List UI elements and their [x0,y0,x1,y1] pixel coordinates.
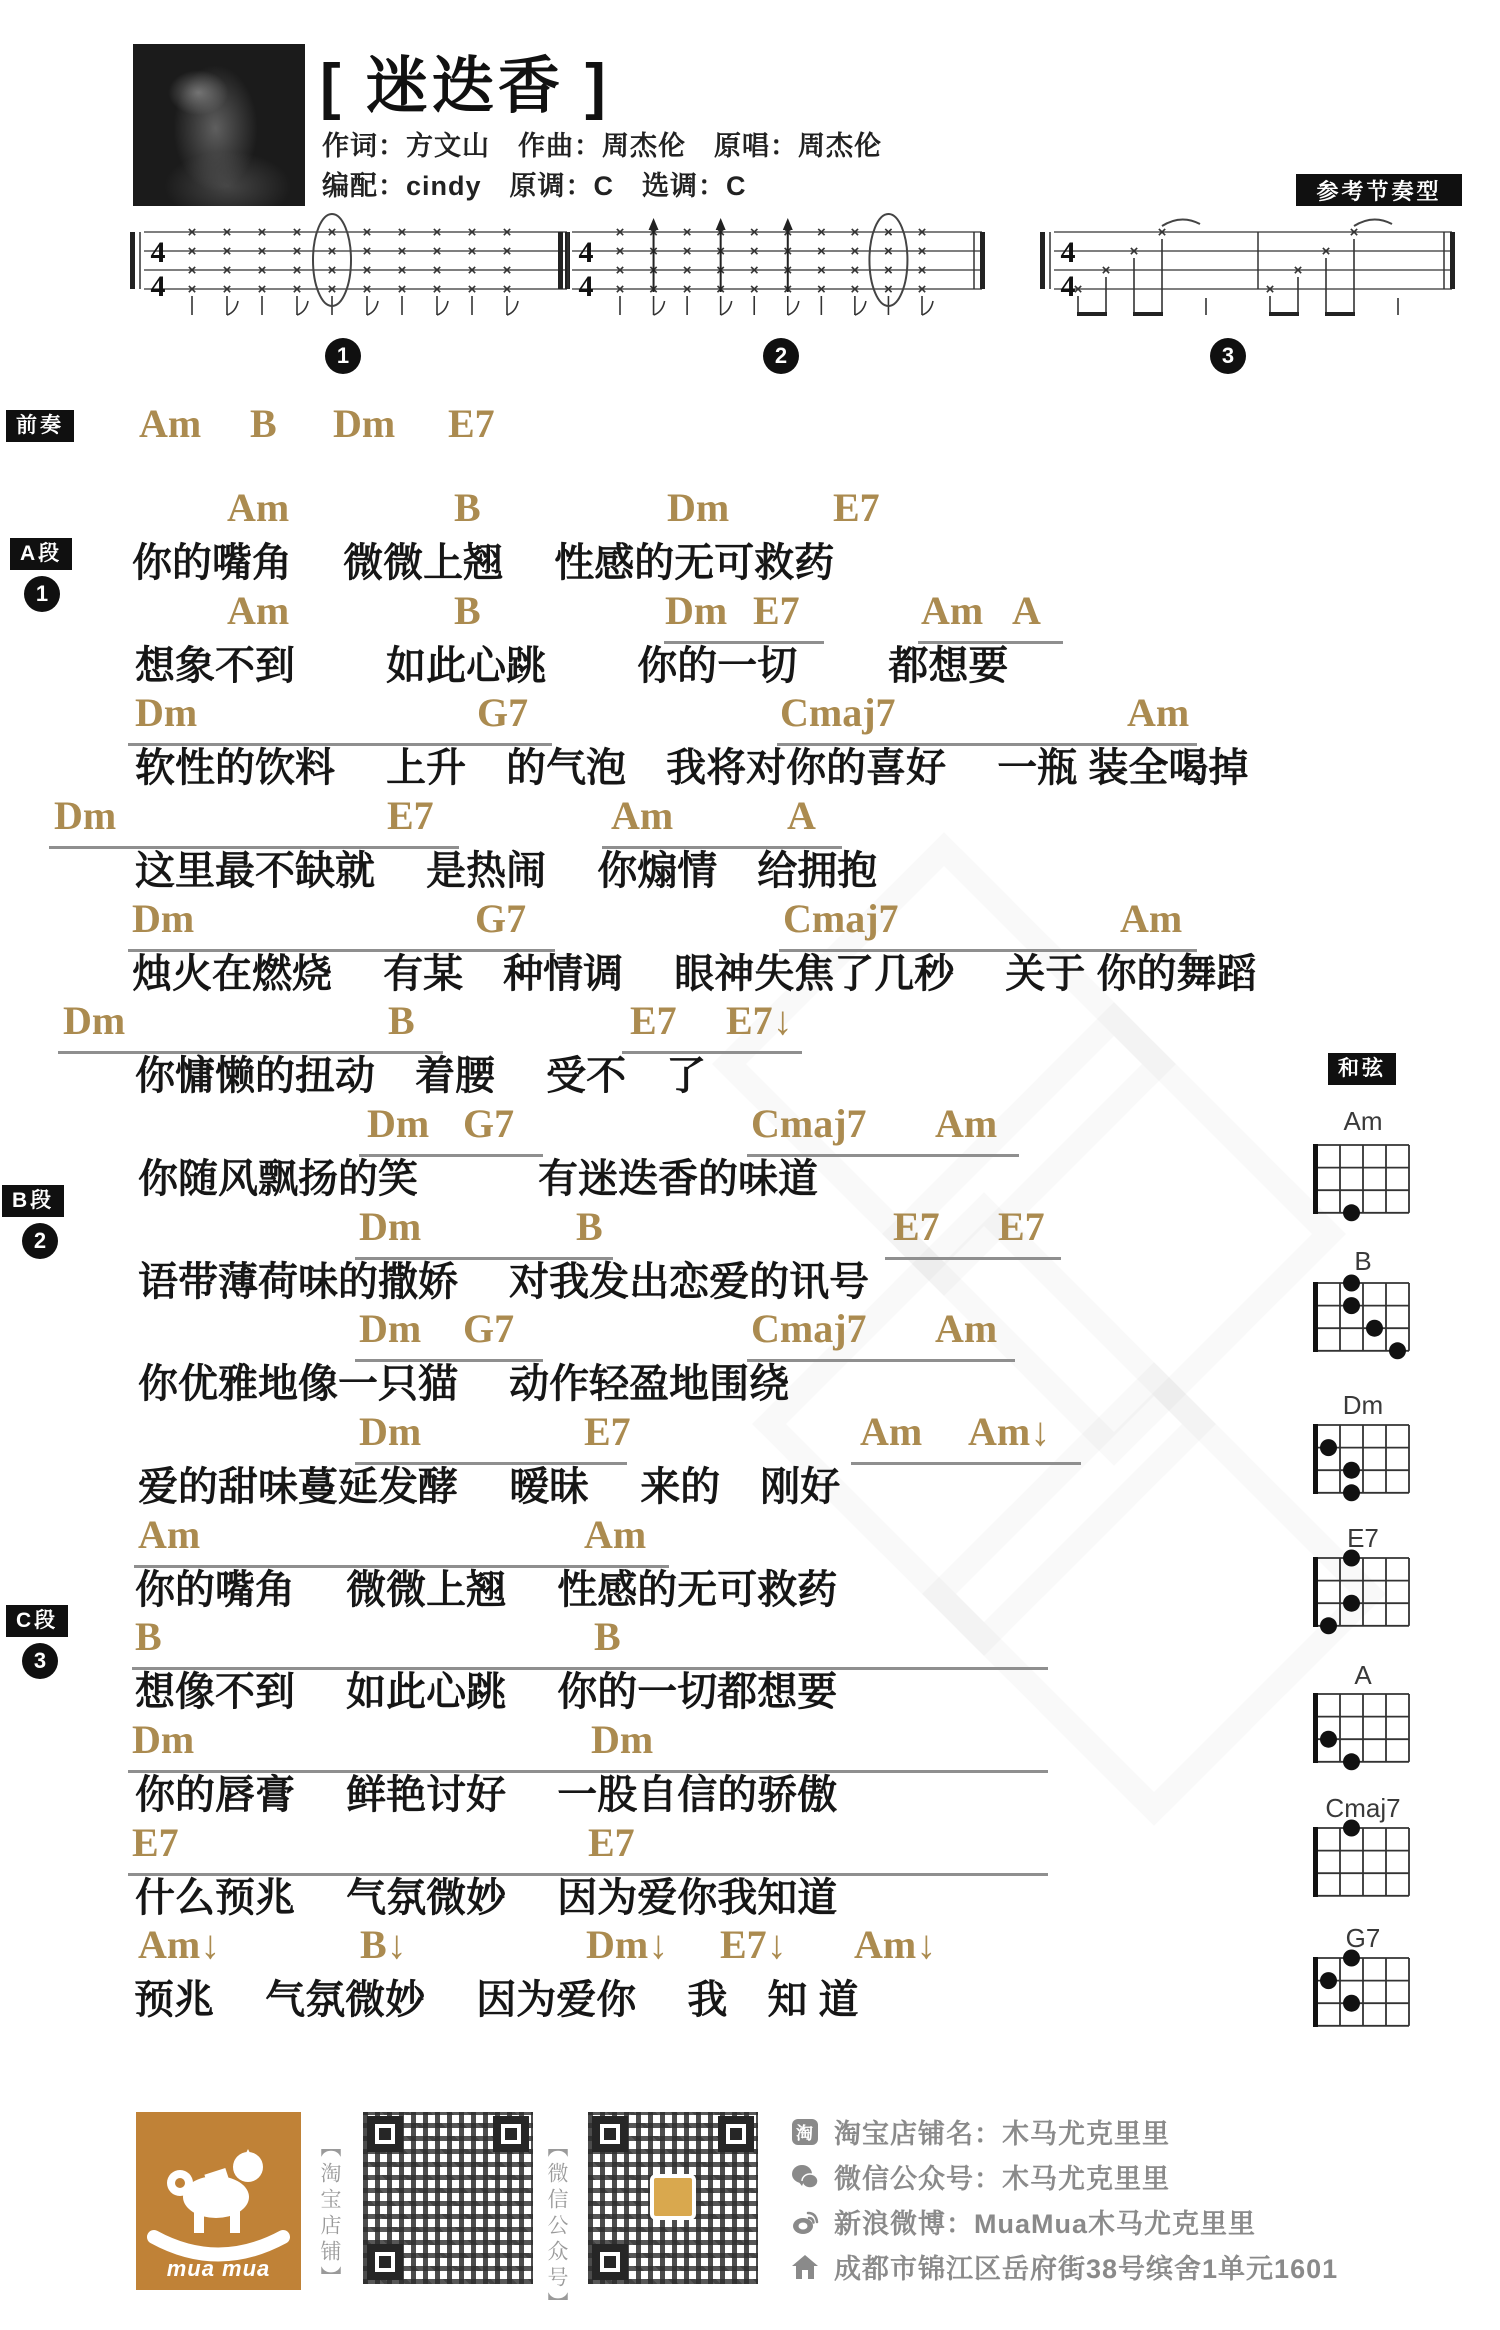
chord-label: Dm [359,1309,421,1349]
chord-sheet-page: [ 迷迭香 ] 作词：方文山 作曲：周杰伦 原唱：周杰伦 编配：cindy 原调… [0,0,1500,2330]
svg-text:×: × [1266,281,1275,298]
svg-text:×: × [363,243,372,260]
chord-diagram-am [1313,1141,1413,1219]
svg-text:4: 4 [579,236,594,269]
section-badge: C段 [6,1605,68,1637]
svg-text:×: × [851,262,860,279]
svg-text:×: × [817,262,826,279]
logo-text: mua mua [136,2256,301,2282]
chord-label: B [454,591,481,631]
section-number: 1 [24,576,60,612]
section-badge: 前奏 [6,410,74,442]
credits-line-1: 作词：方文山 作曲：周杰伦 原唱：周杰伦 [322,124,882,163]
chord-label: Dm [54,796,116,836]
chord-label: Am↓ [968,1412,1050,1452]
chord-label: B [250,404,277,444]
svg-text:×: × [398,262,407,279]
chord-label: Am [921,591,983,631]
svg-text:×: × [433,243,442,260]
qr-finder-pattern [592,2116,628,2152]
chord-label: Dm [135,693,197,733]
svg-text:×: × [683,262,692,279]
svg-text:×: × [328,224,337,241]
svg-text:淘: 淘 [796,2123,814,2143]
lyric-line: 你优雅地像一只猫 动作轻盈地围绕 [138,1362,789,1406]
chord-label: G7 [463,1104,514,1144]
chord-diagram-b [1313,1279,1413,1357]
lyric-line: 软性的饮料 上升 的气泡 我将对你的喜好 一瓶 装全喝掉 [135,746,1248,790]
svg-text:×: × [328,281,337,298]
svg-text:×: × [1294,262,1303,279]
chord-label: Dm [333,404,395,444]
svg-text:×: × [918,243,927,260]
chord-diagram-dm [1313,1421,1413,1499]
svg-text:×: × [616,243,625,260]
chord-label: Dm [667,488,729,528]
svg-text:×: × [1102,262,1111,279]
svg-text:×: × [750,224,759,241]
svg-text:×: × [884,224,893,241]
svg-text:×: × [328,243,337,260]
svg-text:×: × [1074,281,1083,298]
album-cover [133,44,305,206]
chord-label: E7 [132,1823,179,1863]
lyric-line: 你慵懒的扭动 着腰 受不 了 [135,1054,706,1098]
chord-label: G7 [475,899,526,939]
svg-text:×: × [363,281,372,298]
chord-diagram-cmaj7 [1313,1824,1413,1902]
chord-label: Dm [591,1720,653,1760]
contact-text: 微信公众号：木马尤克里里 [834,2157,1170,2196]
chord-label: A [787,796,816,836]
chord-diagram-label: Cmaj7 [1313,1793,1413,1824]
svg-text:×: × [293,243,302,260]
rhythm-stave: 44×××××××× [1038,220,1458,355]
svg-text:×: × [918,262,927,279]
qr-finder-pattern [367,2244,403,2280]
chord-label: Am [860,1412,922,1452]
chord-label: Dm [367,1104,429,1144]
chord-label: E7 [753,591,800,631]
svg-text:×: × [750,281,759,298]
svg-text:×: × [188,243,197,260]
chord-label: Am [935,1309,997,1349]
chord-label: Am [611,796,673,836]
svg-text:×: × [468,243,477,260]
chord-label: Dm [359,1412,421,1452]
chord-label: Dm↓ [586,1925,668,1965]
taobao-shop-vertical-label: 【淘宝店铺】 [314,2136,344,2292]
svg-text:×: × [884,262,893,279]
contact-row: 新浪微博：MuaMua木马尤克里里 [790,2202,1256,2241]
svg-text:×: × [884,281,893,298]
contact-row: 成都市锦江区岳府街38号缤舍1单元1601 [790,2247,1338,2286]
chord-label: E7 [893,1207,940,1247]
lyric-line: 想像不到 如此心跳 你的一切都想要 [135,1670,837,1714]
svg-text:×: × [363,262,372,279]
svg-text:×: × [433,224,442,241]
svg-text:×: × [616,224,625,241]
svg-text:×: × [817,243,826,260]
chord-diagram-label: G7 [1313,1923,1413,1954]
svg-text:×: × [223,281,232,298]
chord-diagram-label: Am [1313,1106,1413,1137]
chord-label: G7 [477,693,528,733]
qr-finder-pattern [718,2116,754,2152]
lyric-line: 预兆 气氛微妙 因为爱你 我 知 道 [134,1978,858,2022]
svg-text:×: × [398,224,407,241]
chord-label: G7 [463,1309,514,1349]
chord-label: Cmaj7 [783,899,899,939]
chord-label: E7↓ [720,1925,787,1965]
contact-row: 微信公众号：木马尤克里里 [790,2157,1170,2196]
svg-text:×: × [468,281,477,298]
rhythm-stave: 44××××××××××××××××××××××××××××××××××××××… [128,220,573,355]
lyric-line: 烛火在燃烧 有某 种情调 眼神失焦了几秒 关于 你的舞蹈 [132,952,1256,996]
svg-text:×: × [503,262,512,279]
svg-text:×: × [223,243,232,260]
svg-text:×: × [817,224,826,241]
chord-label: E7 [387,796,434,836]
svg-text:×: × [188,224,197,241]
section-number: 3 [22,1643,58,1679]
lyric-line: 这里最不缺就 是热闹 你煽情 给拥抱 [135,849,877,893]
svg-text:×: × [398,281,407,298]
chord-label: Am [227,591,289,631]
lyric-line: 语带薄荷味的撒娇 对我发出恋爱的讯号 [138,1260,869,1304]
chord-diagram-label: A [1313,1660,1413,1691]
chord-label: B [135,1617,162,1657]
svg-text:×: × [363,224,372,241]
chord-label: Am [935,1104,997,1144]
chord-label: Am↓ [854,1925,936,1965]
lyric-line: 你的嘴角 微微上翘 性感的无可救药 [132,541,834,585]
svg-text:×: × [817,281,826,298]
contact-text: 淘宝店铺名：木马尤克里里 [834,2112,1170,2151]
song-title: [ 迷迭香 ] [320,36,610,125]
wechat-vertical-label: 【微信公众号】 [541,2136,571,2318]
chord-underline [851,1462,1081,1465]
lyric-line: 想象不到 如此心跳 你的一切 都想要 [135,644,1008,688]
lyric-line: 爱的甜味蔓延发酵 暧昧 来的 刚好 [138,1465,840,1509]
svg-text:×: × [258,262,267,279]
chord-label: Am [138,1515,200,1555]
svg-text:×: × [223,262,232,279]
chord-underline [885,1257,1061,1260]
lyric-line: 你的唇膏 鲜艳讨好 一股自信的骄傲 [135,1773,837,1817]
section-badge: B段 [2,1185,64,1217]
taobao-qr-code [363,2112,533,2284]
svg-text:×: × [188,262,197,279]
svg-text:4: 4 [151,236,166,269]
qr-finder-pattern [367,2116,403,2152]
svg-text:×: × [258,243,267,260]
chord-label: E7↓ [726,1001,793,1041]
wechat-qr-code [588,2112,758,2284]
svg-text:×: × [258,281,267,298]
svg-text:×: × [503,224,512,241]
lyric-line: 你随风飘扬的笑 有迷迭香的味道 [138,1157,818,1201]
svg-text:×: × [503,281,512,298]
chord-label: Dm [132,1720,194,1760]
svg-text:×: × [683,224,692,241]
svg-text:×: × [433,281,442,298]
chord-label: E7 [588,1823,635,1863]
chord-label: Dm [665,591,727,631]
section-badge: A段 [10,538,72,570]
chord-diagram-label: B [1313,1246,1413,1277]
svg-text:×: × [1350,224,1359,241]
svg-text:×: × [468,262,477,279]
chord-diagram-g7 [1313,1954,1413,2032]
chord-label: B↓ [360,1925,407,1965]
svg-text:×: × [750,262,759,279]
svg-text:×: × [433,262,442,279]
muamua-logo: mua mua [136,2112,301,2290]
qr-center-logo [650,2174,696,2220]
chord-label: Am [584,1515,646,1555]
chord-diagram-a [1313,1690,1413,1768]
chord-label: B [594,1617,621,1657]
chord-label: E7 [584,1412,631,1452]
lyric-line: 你的嘴角 微微上翘 性感的无可救药 [135,1568,837,1612]
wechat-icon [790,2162,820,2192]
chord-diagram-e7 [1313,1554,1413,1632]
rhythm-stave: 44××××××××××××××××××××××××××××××××××××××… [556,220,988,355]
svg-text:×: × [1158,224,1167,241]
svg-text:×: × [750,243,759,260]
svg-text:×: × [398,243,407,260]
svg-text:×: × [884,243,893,260]
svg-text:×: × [616,262,625,279]
section-badge: 和弦 [1328,1053,1396,1085]
svg-text:×: × [851,281,860,298]
svg-text:×: × [258,224,267,241]
chord-label: B [388,1001,415,1041]
svg-text:×: × [223,224,232,241]
chord-label: E7 [630,1001,677,1041]
chord-label: Am [139,404,201,444]
chord-label: Dm [63,1001,125,1041]
chord-diagram-label: E7 [1313,1523,1413,1554]
svg-text:×: × [918,224,927,241]
chord-label: A [1012,591,1041,631]
chord-label: B [454,488,481,528]
taobao-icon: 淘 [790,2117,820,2147]
chord-label: Cmaj7 [751,1309,867,1349]
chord-label: Dm [359,1207,421,1247]
svg-text:×: × [293,224,302,241]
chord-label: B [576,1207,603,1247]
rhythm-reference-badge: 参考节奏型 [1296,174,1462,206]
chord-diagram-label: Dm [1313,1390,1413,1421]
contact-text: 新浪微博：MuaMua木马尤克里里 [834,2202,1256,2241]
svg-text:×: × [468,224,477,241]
chord-label: Am↓ [138,1925,220,1965]
contact-row: 淘淘宝店铺名：木马尤克里里 [790,2112,1170,2151]
credits-line-2: 编配：cindy 原调：C 选调：C [322,164,747,203]
svg-text:×: × [683,243,692,260]
svg-text:×: × [293,262,302,279]
svg-text:×: × [918,281,927,298]
qr-finder-pattern [493,2116,529,2152]
section-number: 2 [22,1223,58,1259]
svg-text:×: × [851,243,860,260]
chord-label: Cmaj7 [751,1104,867,1144]
svg-text:×: × [1130,243,1139,260]
chord-label: Am [227,488,289,528]
chord-label: Dm [132,899,194,939]
chord-label: E7 [833,488,880,528]
chord-label: Am [1127,693,1189,733]
svg-text:×: × [616,281,625,298]
chord-label: E7 [998,1207,1045,1247]
svg-text:×: × [1322,243,1331,260]
svg-text:×: × [293,281,302,298]
svg-text:4: 4 [579,270,594,303]
svg-text:×: × [503,243,512,260]
chord-label: Cmaj7 [780,693,896,733]
svg-text:×: × [683,281,692,298]
svg-text:4: 4 [151,270,166,303]
contact-text: 成都市锦江区岳府街38号缤舍1单元1601 [834,2247,1338,2286]
svg-text:×: × [188,281,197,298]
chord-label: Am [1120,899,1182,939]
svg-text:×: × [851,224,860,241]
lyric-line: 什么预兆 气氛微妙 因为爱你我知道 [135,1876,837,1920]
qr-finder-pattern [592,2244,628,2280]
home-icon [790,2252,820,2282]
weibo-icon [790,2207,820,2237]
chord-label: E7 [448,404,495,444]
svg-text:4: 4 [1061,236,1076,269]
svg-text:×: × [328,262,337,279]
